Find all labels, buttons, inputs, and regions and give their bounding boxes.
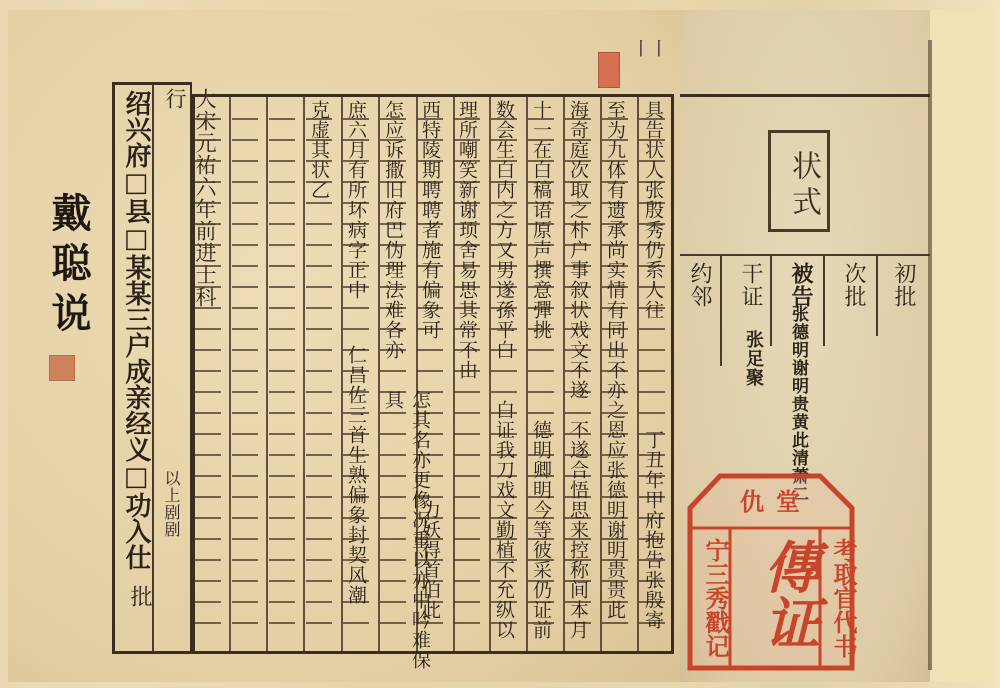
seal-center-signature: 傳证 [748, 538, 828, 650]
page-title: 状式 [781, 150, 825, 222]
header-line-2: 绍兴府□县□某某三户成亲经义□功入仕 [118, 90, 155, 610]
answer-column-lower: 仁昌佐三首生熟偏象封契风潮 [343, 345, 370, 605]
field-divider [770, 256, 772, 346]
handwritten-annotation: 戴聪说 [40, 192, 97, 342]
field-second-review: 次批 [838, 262, 869, 308]
small-red-seal [49, 355, 75, 381]
right-top-rule [680, 94, 930, 97]
answer-column: 海奇庭次取之朴户事叙状戏文不遂 [565, 100, 592, 400]
answer-column-lower: 不遂合悟思来控称间本月 [565, 420, 592, 640]
field-neighbor: 约邻 [684, 262, 715, 308]
answer-column-lower: 丁丑年甲府抱告张殷寄 [640, 430, 667, 630]
header-note: 以上剧剧 [160, 470, 183, 538]
field-defendant-label: 被告 [786, 262, 817, 308]
page-fold [928, 40, 932, 670]
field-witness-label: 干证 [735, 262, 766, 308]
answer-column-lower: 德明卿明今等彼采仍证前 [528, 420, 555, 640]
field-divider [823, 256, 825, 346]
field-divider [876, 256, 878, 336]
right-margin [930, 10, 994, 682]
answer-column: 庶六月有所坏病字正中 [343, 100, 370, 300]
answer-column: 至为九体有遗承尚实情有同出不亦之 [602, 100, 629, 420]
top-marks: 丨丨 [632, 35, 668, 61]
answer-column: 怎应诉撒旧府巴伪理法难各亦 [380, 100, 407, 360]
top-red-seal [598, 52, 620, 88]
fields-rule [680, 254, 930, 256]
field-divider [720, 256, 722, 366]
answer-column: 数会生白内之方又男遂孫平白 [491, 100, 518, 360]
answer-column: 克虚其状乙 [306, 100, 333, 200]
official-red-seal: 仇堂 宁三秀戳记 傳证 考取官代书 [680, 468, 860, 673]
answer-column: 西特陵期聘聘者施有偏象可 [417, 100, 444, 340]
answer-column-lower: 恩应张德明谢明贵贵此 [602, 420, 629, 620]
header-sign: 批 [124, 585, 155, 608]
answer-column: 十一在白稿语原声撰意彈挑 [528, 100, 555, 340]
seal-right-text: 考取官代书 [826, 538, 861, 658]
answer-column: 具告状人张殷秀仍系人往 [640, 100, 667, 320]
answer-column-lower: 力妖得首伯此 [417, 500, 444, 620]
answer-column-lower: 白证我刀戏文勤植不允纵以 [491, 400, 518, 640]
field-witness-value: 张足聚 [740, 330, 766, 387]
field-initial-review: 初批 [888, 262, 919, 308]
seal-left-text: 宁三秀戳记 [698, 538, 733, 658]
answer-column: 理所嘲笑新谢顼舍易思其常不由 [454, 100, 481, 380]
seal-top-text: 仇堂 [740, 482, 812, 517]
